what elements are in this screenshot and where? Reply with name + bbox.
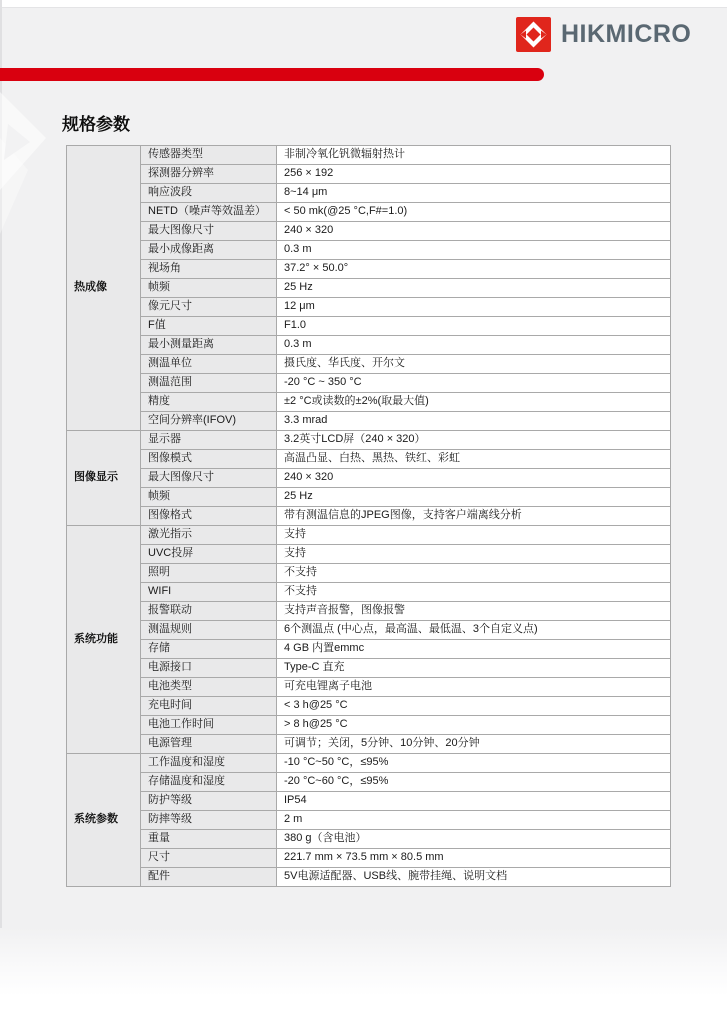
param-value-cell: 5V电源适配器、USB线、腕带挂绳、说明文档 [277, 868, 671, 887]
param-value-cell: 25 Hz [277, 488, 671, 507]
table-row: 最大图像尺寸240 × 320 [67, 222, 671, 241]
param-value-cell: 可充电锂离子电池 [277, 678, 671, 697]
param-value-cell: IP54 [277, 792, 671, 811]
param-value-cell: 3.2英寸LCD屏（240 × 320） [277, 431, 671, 450]
table-row: 测温单位摄氏度、华氏度、开尔文 [67, 355, 671, 374]
param-value-cell: 高温凸显、白热、黑热、铁红、彩虹 [277, 450, 671, 469]
param-label-cell: 最大图像尺寸 [141, 222, 277, 241]
param-value-cell: -20 °C ~ 350 °C [277, 374, 671, 393]
table-row: 热成像传感器类型非制冷氧化钒微辐射热计 [67, 146, 671, 165]
param-label-cell: 帧频 [141, 279, 277, 298]
table-row: 帧频25 Hz [67, 279, 671, 298]
param-value-cell: > 8 h@25 °C [277, 716, 671, 735]
param-value-cell: 8~14 μm [277, 184, 671, 203]
param-label-cell: 存储 [141, 640, 277, 659]
param-label-cell: 视场角 [141, 260, 277, 279]
param-value-cell: 不支持 [277, 583, 671, 602]
param-value-cell: ±2 °C或读数的±2%(取最大值) [277, 393, 671, 412]
table-row: NETD（噪声等效温差）< 50 mk(@25 °C,F#=1.0) [67, 203, 671, 222]
param-label-cell: 存储温度和湿度 [141, 773, 277, 792]
param-value-cell: 240 × 320 [277, 222, 671, 241]
param-label-cell: 最小成像距离 [141, 241, 277, 260]
table-row: 图像格式带有测温信息的JPEG图像，支持客户端离线分析 [67, 507, 671, 526]
page-bottom-area [0, 928, 727, 1019]
param-label-cell: 精度 [141, 393, 277, 412]
table-row: F值F1.0 [67, 317, 671, 336]
table-row: 最小测量距离0.3 m [67, 336, 671, 355]
table-row: 照明不支持 [67, 564, 671, 583]
table-row: 图像显示显示器3.2英寸LCD屏（240 × 320） [67, 431, 671, 450]
param-label-cell: 电池工作时间 [141, 716, 277, 735]
param-label-cell: 帧频 [141, 488, 277, 507]
table-row: 图像模式高温凸显、白热、黑热、铁红、彩虹 [67, 450, 671, 469]
param-value-cell: 6个测温点 (中心点，最高温、最低温、3个自定义点) [277, 621, 671, 640]
param-value-cell: 支持 [277, 526, 671, 545]
param-label-cell: 传感器类型 [141, 146, 277, 165]
param-value-cell: 3.3 mrad [277, 412, 671, 431]
param-label-cell: 空间分辨率(IFOV) [141, 412, 277, 431]
param-value-cell: Type-C 直充 [277, 659, 671, 678]
param-label-cell: 最大图像尺寸 [141, 469, 277, 488]
param-label-cell: 电源管理 [141, 735, 277, 754]
param-value-cell: 37.2° × 50.0° [277, 260, 671, 279]
param-label-cell: 防摔等级 [141, 811, 277, 830]
table-row: 防摔等级2 m [67, 811, 671, 830]
param-value-cell: < 50 mk(@25 °C,F#=1.0) [277, 203, 671, 222]
page-title: 规格参数 [62, 110, 130, 135]
category-cell-1: 图像显示 [67, 431, 141, 526]
param-value-cell: -20 °C~60 °C，≤95% [277, 773, 671, 792]
table-row: 报警联动支持声音报警，图像报警 [67, 602, 671, 621]
param-value-cell: 支持声音报警，图像报警 [277, 602, 671, 621]
param-label-cell: 测温范围 [141, 374, 277, 393]
param-value-cell: 256 × 192 [277, 165, 671, 184]
category-cell-2: 系统功能 [67, 526, 141, 754]
background-polygon-decoration [0, 86, 70, 246]
param-value-cell: 带有测温信息的JPEG图像，支持客户端离线分析 [277, 507, 671, 526]
table-row: 配件5V电源适配器、USB线、腕带挂绳、说明文档 [67, 868, 671, 887]
table-row: 测温规则6个测温点 (中心点，最高温、最低温、3个自定义点) [67, 621, 671, 640]
param-value-cell: 支持 [277, 545, 671, 564]
hikmicro-logo-icon [516, 17, 551, 52]
param-value-cell: 0.3 m [277, 241, 671, 260]
param-value-cell: 2 m [277, 811, 671, 830]
hikmicro-logo: HIKMICRO [516, 17, 691, 52]
param-value-cell: F1.0 [277, 317, 671, 336]
table-row: 测温范围-20 °C ~ 350 °C [67, 374, 671, 393]
brand-wordmark: HIKMICRO [561, 17, 691, 52]
hikmicro-diamond-icon [516, 17, 551, 52]
table-row: 探测器分辨率256 × 192 [67, 165, 671, 184]
page-left-edge [0, 0, 2, 1019]
spec-table: 热成像传感器类型非制冷氧化钒微辐射热计探测器分辨率256 × 192响应波段8~… [66, 145, 671, 887]
param-label-cell: 图像模式 [141, 450, 277, 469]
param-label-cell: 激光指示 [141, 526, 277, 545]
param-value-cell: < 3 h@25 °C [277, 697, 671, 716]
param-label-cell: 图像格式 [141, 507, 277, 526]
param-label-cell: UVC投屏 [141, 545, 277, 564]
param-label-cell: 尺寸 [141, 849, 277, 868]
table-row: 电池类型可充电锂离子电池 [67, 678, 671, 697]
table-row: 空间分辨率(IFOV)3.3 mrad [67, 412, 671, 431]
param-value-cell: 可调节；关闭，5分钟、10分钟、20分钟 [277, 735, 671, 754]
param-label-cell: 电源接口 [141, 659, 277, 678]
param-value-cell: 380 g（含电池） [277, 830, 671, 849]
table-row: 防护等级IP54 [67, 792, 671, 811]
table-row: 最大图像尺寸240 × 320 [67, 469, 671, 488]
table-row: 系统功能激光指示支持 [67, 526, 671, 545]
table-row: 存储4 GB 内置emmc [67, 640, 671, 659]
param-value-cell: 221.7 mm × 73.5 mm × 80.5 mm [277, 849, 671, 868]
table-row: 系统参数工作温度和湿度-10 °C~50 °C，≤95% [67, 754, 671, 773]
param-label-cell: 响应波段 [141, 184, 277, 203]
param-label-cell: 配件 [141, 868, 277, 887]
param-label-cell: 像元尺寸 [141, 298, 277, 317]
table-row: 充电时间< 3 h@25 °C [67, 697, 671, 716]
param-value-cell: -10 °C~50 °C，≤95% [277, 754, 671, 773]
param-value-cell: 摄氏度、华氏度、开尔文 [277, 355, 671, 374]
param-label-cell: 测温规则 [141, 621, 277, 640]
table-row: 电源管理可调节；关闭，5分钟、10分钟、20分钟 [67, 735, 671, 754]
param-value-cell: 25 Hz [277, 279, 671, 298]
param-label-cell: NETD（噪声等效温差） [141, 203, 277, 222]
param-label-cell: 工作温度和湿度 [141, 754, 277, 773]
table-row: 视场角37.2° × 50.0° [67, 260, 671, 279]
table-row: 电池工作时间> 8 h@25 °C [67, 716, 671, 735]
table-row: WIFI不支持 [67, 583, 671, 602]
table-row: 存储温度和湿度-20 °C~60 °C，≤95% [67, 773, 671, 792]
table-row: 像元尺寸12 μm [67, 298, 671, 317]
table-row: 最小成像距离0.3 m [67, 241, 671, 260]
page-top-strip [0, 0, 727, 8]
param-label-cell: 测温单位 [141, 355, 277, 374]
table-row: 响应波段8~14 μm [67, 184, 671, 203]
category-cell-3: 系统参数 [67, 754, 141, 887]
param-value-cell: 240 × 320 [277, 469, 671, 488]
param-label-cell: 照明 [141, 564, 277, 583]
table-row: 帧频25 Hz [67, 488, 671, 507]
param-value-cell: 0.3 m [277, 336, 671, 355]
table-row: 电源接口Type-C 直充 [67, 659, 671, 678]
param-label-cell: 报警联动 [141, 602, 277, 621]
param-label-cell: WIFI [141, 583, 277, 602]
param-value-cell: 12 μm [277, 298, 671, 317]
param-label-cell: F值 [141, 317, 277, 336]
table-row: 精度±2 °C或读数的±2%(取最大值) [67, 393, 671, 412]
param-label-cell: 显示器 [141, 431, 277, 450]
param-value-cell: 不支持 [277, 564, 671, 583]
param-label-cell: 探测器分辨率 [141, 165, 277, 184]
param-value-cell: 非制冷氧化钒微辐射热计 [277, 146, 671, 165]
param-label-cell: 电池类型 [141, 678, 277, 697]
table-row: 重量380 g（含电池） [67, 830, 671, 849]
param-value-cell: 4 GB 内置emmc [277, 640, 671, 659]
param-label-cell: 防护等级 [141, 792, 277, 811]
header-red-bar [0, 68, 544, 81]
table-row: 尺寸221.7 mm × 73.5 mm × 80.5 mm [67, 849, 671, 868]
table-row: UVC投屏支持 [67, 545, 671, 564]
param-label-cell: 重量 [141, 830, 277, 849]
param-label-cell: 最小测量距离 [141, 336, 277, 355]
param-label-cell: 充电时间 [141, 697, 277, 716]
category-cell-0: 热成像 [67, 146, 141, 431]
